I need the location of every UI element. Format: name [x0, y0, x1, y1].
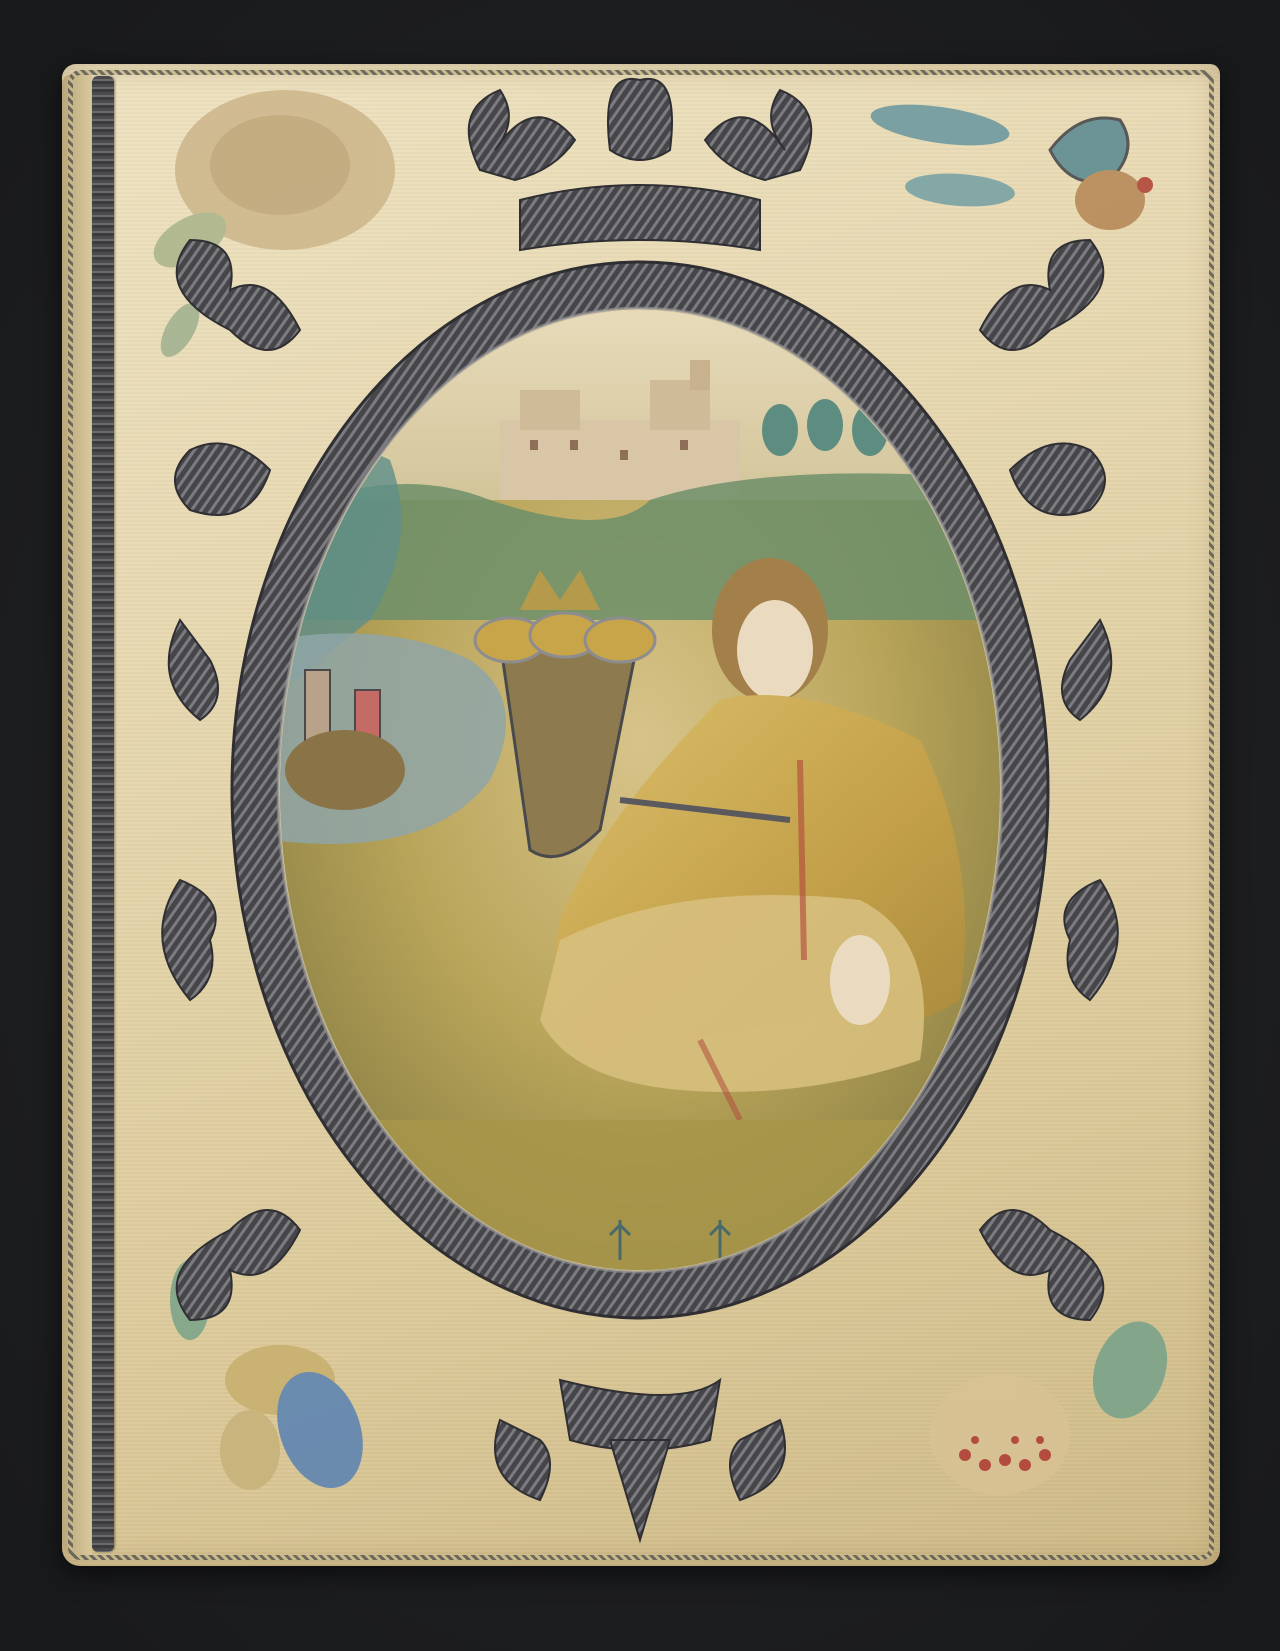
bottom-right-strawberry — [930, 1311, 1180, 1495]
top-right-leaf — [868, 97, 1153, 230]
embroidery-artwork — [0, 0, 1280, 1651]
